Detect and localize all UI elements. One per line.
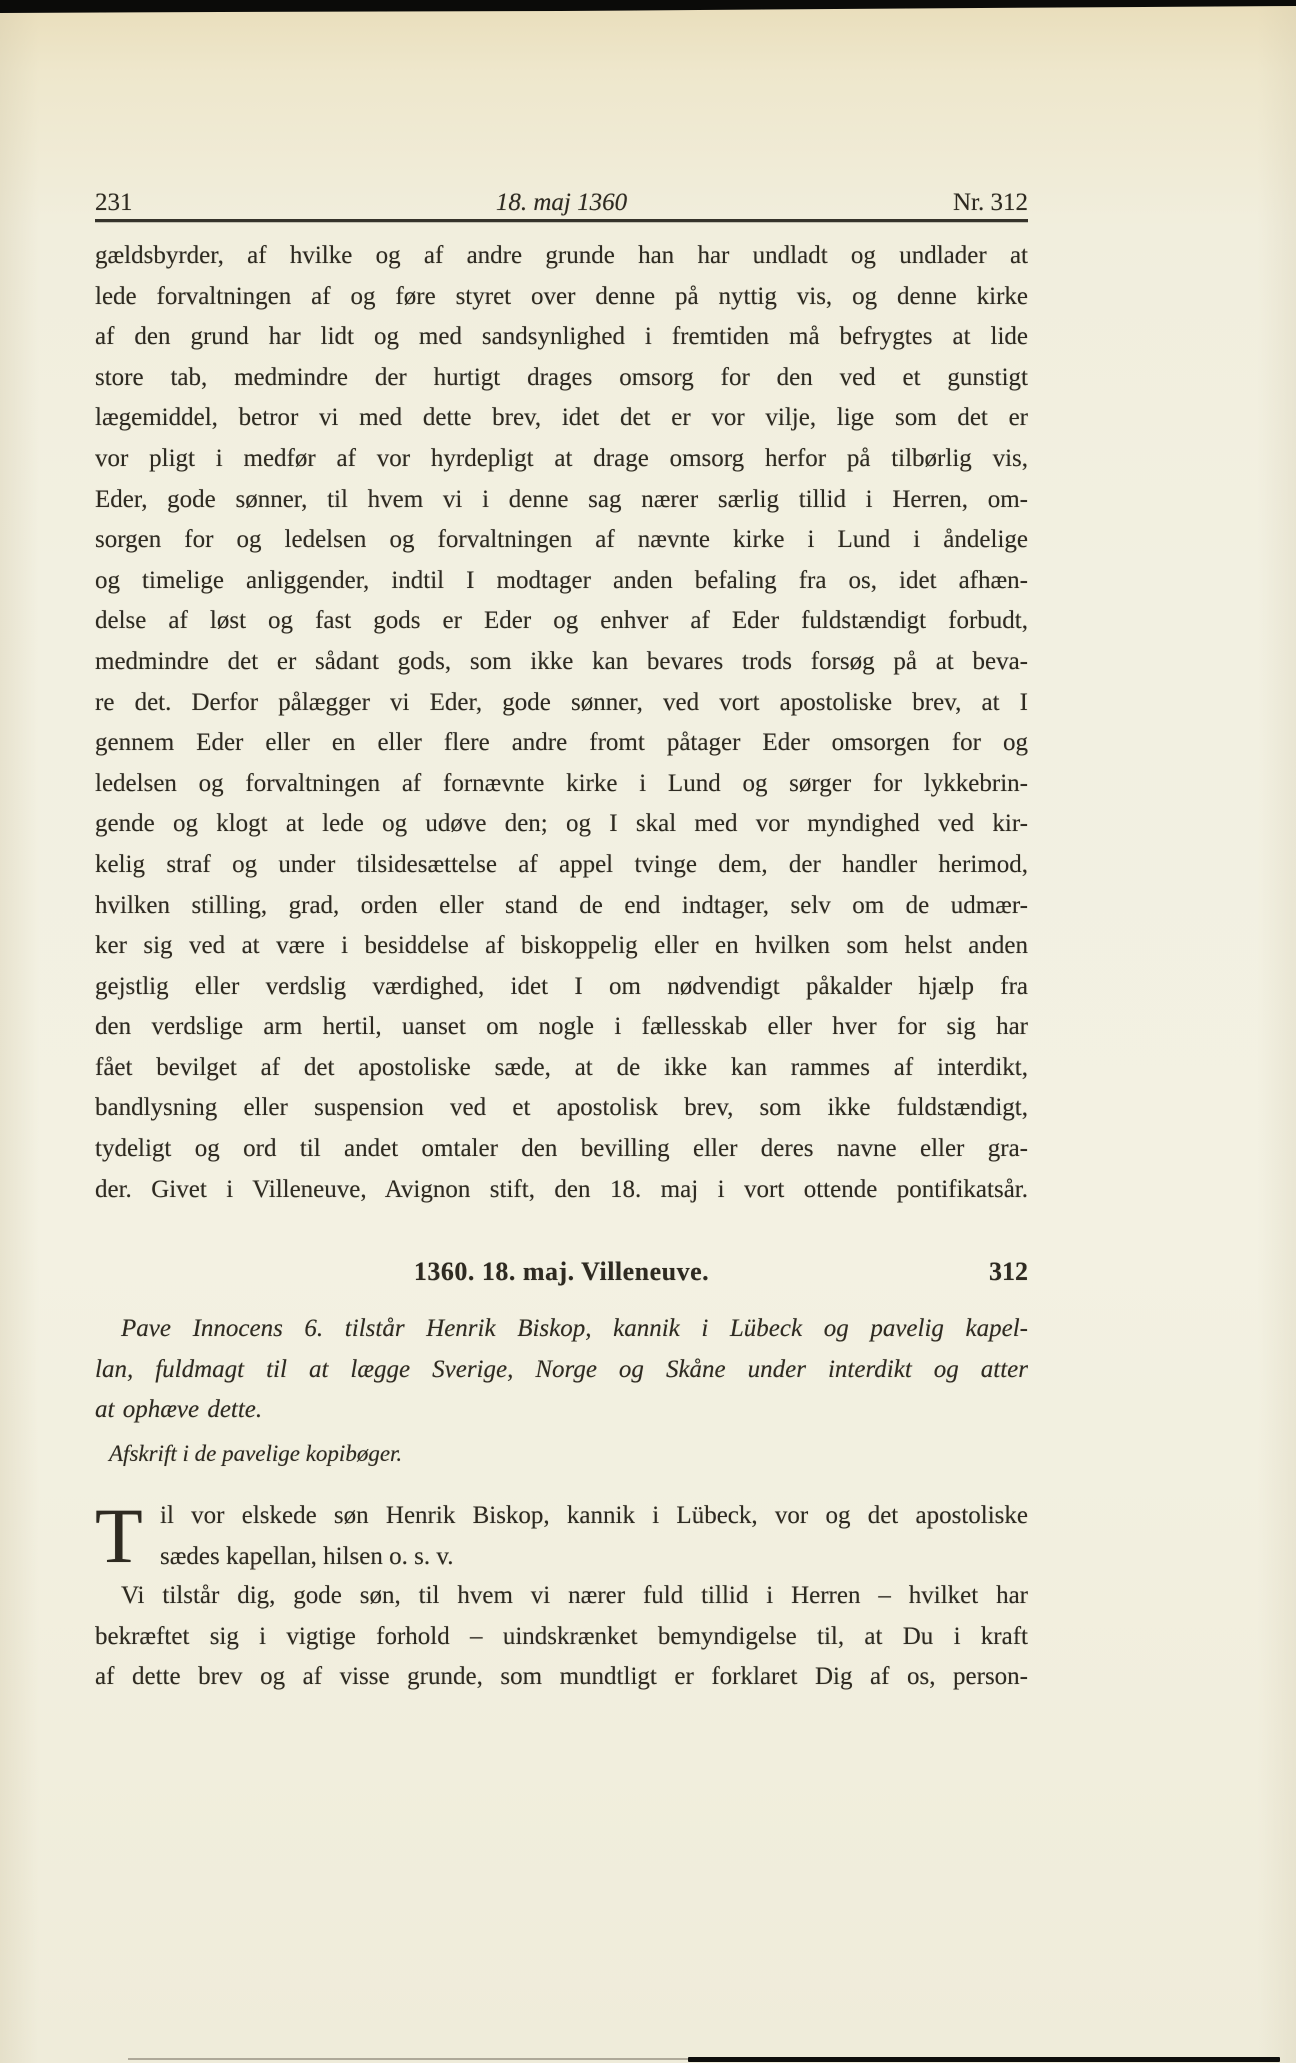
running-date-title: 18. maj 1360 xyxy=(95,186,1028,220)
text-line: sædes kapellan, hilsen o. s. v. xyxy=(160,1537,1028,1578)
text-line: sorgen for og ledelsen og forvaltningen … xyxy=(95,520,1028,561)
text-line: af den grund har lidt og med sandsynligh… xyxy=(95,317,1028,358)
text-line: kelig straf og under tilsidesættelse af … xyxy=(95,845,1028,886)
entry-heading-number: 312 xyxy=(989,1252,1028,1292)
text-line: gældsbyrder, af hvilke og af andre grund… xyxy=(95,236,1028,277)
text-line: delse af løst og fast gods er Eder og en… xyxy=(95,601,1028,642)
text-line: gende og klogt at lede og udøve den; og … xyxy=(95,804,1028,845)
source-note: Afskrift i de pavelige kopibøger. xyxy=(95,1441,1042,1467)
text-line: vor pligt i medfør af vor hyrdepligt at … xyxy=(95,439,1028,480)
text-line: tydeligt og ord til andet omtaler den be… xyxy=(95,1129,1028,1170)
text-line: der. Givet i Villeneuve, Avignon stift, … xyxy=(95,1170,1028,1211)
text-line: bekræftet sig i vigtige forhold – uindsk… xyxy=(95,1617,1028,1658)
letter-paragraph: Vi tilstår dig, gode søn, til hvem vi næ… xyxy=(95,1576,1028,1698)
text-line: re det. Derfor pålægger vi Eder, gode sø… xyxy=(95,683,1028,724)
drop-cap-initial: T xyxy=(95,1497,151,1577)
text-line: medmindre det er sådant gods, som ikke k… xyxy=(95,642,1028,683)
scanned-book-page: 231 18. maj 1360 Nr. 312 gældsbyrder, af… xyxy=(0,0,1296,2063)
text-line: fået bevilget af det apostoliske sæde, a… xyxy=(95,1048,1028,1089)
text-line: il vor elskede søn Henrik Biskop, kannik… xyxy=(160,1496,1028,1537)
text-line: Eder, gode sønner, til hvem vi i denne s… xyxy=(95,480,1028,521)
scan-edge-bottom-faint xyxy=(128,2058,690,2060)
text-line: lægemiddel, betror vi med dette brev, id… xyxy=(95,398,1028,439)
text-line: at ophæve dette. xyxy=(95,1390,1028,1431)
entry-heading-title: 1360. 18. maj. Villeneuve. xyxy=(95,1252,1028,1292)
document-number-ref: Nr. 312 xyxy=(953,186,1028,220)
text-line: gennem Eder eller en eller flere andre f… xyxy=(95,723,1028,764)
scan-edge-bottom xyxy=(688,2057,1280,2062)
text-line: ledelsen og forvaltningen af fornævnte k… xyxy=(95,764,1028,805)
scan-edge-top xyxy=(0,0,1296,13)
text-line: gejstlig eller verdslig værdighed, idet … xyxy=(95,967,1028,1008)
text-line: og timelige anliggender, indtil I modtag… xyxy=(95,561,1028,602)
text-line: ker sig ved at være i besiddelse af bisk… xyxy=(95,926,1028,967)
text-line: store tab, medmindre der hurtigt drages … xyxy=(95,358,1028,399)
document-body-text: gældsbyrder, af hvilke og af andre grund… xyxy=(95,236,1028,1210)
text-line: af dette brev og af visse grunde, som mu… xyxy=(95,1657,1028,1698)
entry-heading: 1360. 18. maj. Villeneuve. 312 xyxy=(95,1252,1028,1292)
text-line: den verdslige arm hertil, uanset om nogl… xyxy=(95,1007,1028,1048)
text-line: Pave Innocens 6. tilstår Henrik Biskop, … xyxy=(95,1309,1028,1350)
text-line: Vi tilstår dig, gode søn, til hvem vi næ… xyxy=(95,1576,1028,1617)
text-line: lede forvaltningen af og føre styret ove… xyxy=(95,277,1028,318)
text-line: bandlysning eller suspension ved et apos… xyxy=(95,1088,1028,1129)
page-header: 231 18. maj 1360 Nr. 312 xyxy=(95,186,1028,220)
header-rule xyxy=(95,219,1028,222)
text-line: lan, fuldmagt til at lægge Sverige, Norg… xyxy=(95,1350,1028,1391)
letter-salutation-lines: il vor elskede søn Henrik Biskop, kannik… xyxy=(160,1496,1028,1577)
letter-salutation: T il vor elskede søn Henrik Biskop, kann… xyxy=(95,1496,1028,1577)
entry-summary: Pave Innocens 6. tilstår Henrik Biskop, … xyxy=(95,1309,1028,1431)
text-line: hvilken stilling, grad, orden eller stan… xyxy=(95,886,1028,927)
